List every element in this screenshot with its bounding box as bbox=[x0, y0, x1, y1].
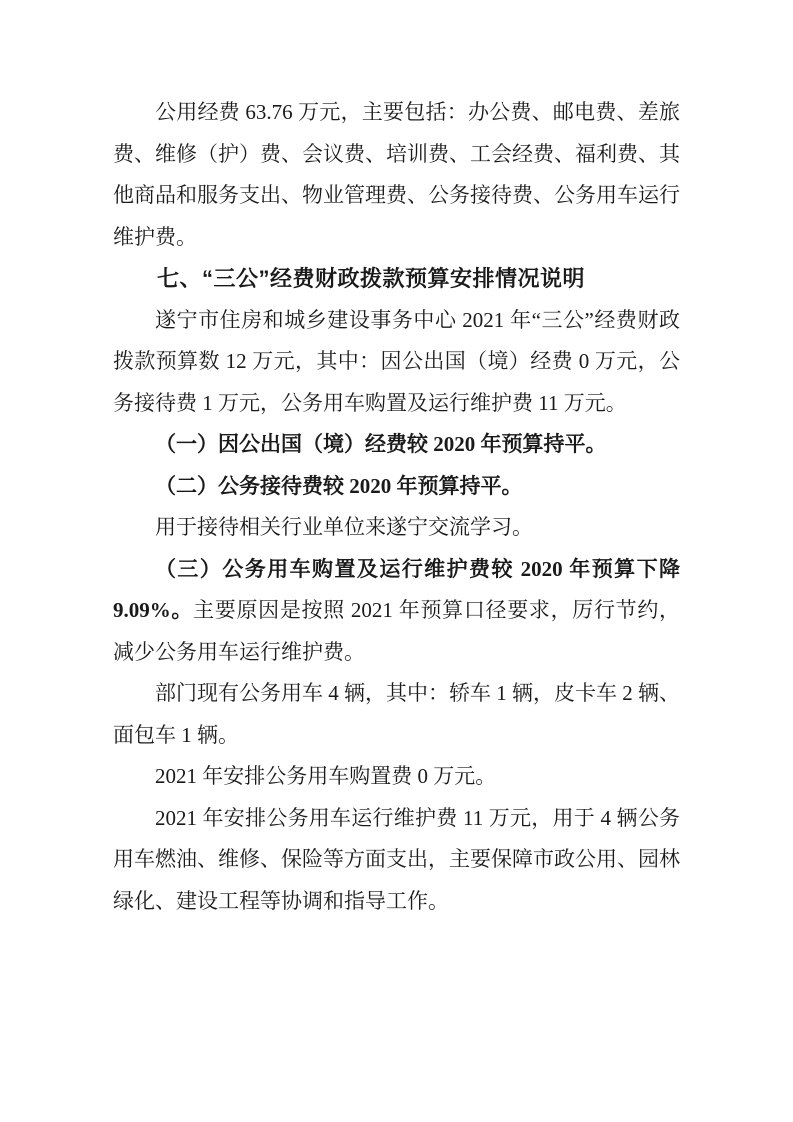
paragraph-three-public-budget-total: 遂宁市住房和城乡建设事务中心 2021 年“三公”经费财政拨款预算数 12 万元… bbox=[113, 300, 680, 425]
vehicle-budget-change-regular-run: 主要原因是按照 2021 年预算口径要求，厉行节约，减少公务用车运行维护费。 bbox=[113, 598, 680, 664]
document-content: 公用经费 63.76 万元，主要包括：办公费、邮电费、差旅费、维修（护）费、会议… bbox=[113, 92, 680, 922]
section-heading-three-public-funds: 七、“三公”经费财政拨款预算安排情况说明 bbox=[113, 258, 680, 300]
subheading-official-reception-expense: （二）公务接待费较 2020 年预算持平。 bbox=[113, 466, 680, 508]
document-page: 公用经费 63.76 万元，主要包括：办公费、邮电费、差旅费、维修（护）费、会议… bbox=[0, 0, 793, 1122]
paragraph-vehicle-purchase-budget: 2021 年安排公务用车购置费 0 万元。 bbox=[113, 756, 680, 798]
paragraph-vehicle-inventory: 部门现有公务用车 4 辆，其中：轿车 1 辆，皮卡车 2 辆、面包车 1 辆。 bbox=[113, 673, 680, 756]
paragraph-vehicle-budget-change: （三）公务用车购置及运行维护费较 2020 年预算下降 9.09%。主要原因是按… bbox=[113, 549, 680, 674]
paragraph-vehicle-maintenance-budget: 2021 年安排公务用车运行维护费 11 万元，用于 4 辆公务用车燃油、维修、… bbox=[113, 798, 680, 923]
subheading-overseas-trip-expense: （一）因公出国（境）经费较 2020 年预算持平。 bbox=[113, 424, 680, 466]
paragraph-reception-usage: 用于接待相关行业单位来遂宁交流学习。 bbox=[113, 507, 680, 549]
paragraph-public-expense-breakdown: 公用经费 63.76 万元，主要包括：办公费、邮电费、差旅费、维修（护）费、会议… bbox=[113, 92, 680, 258]
